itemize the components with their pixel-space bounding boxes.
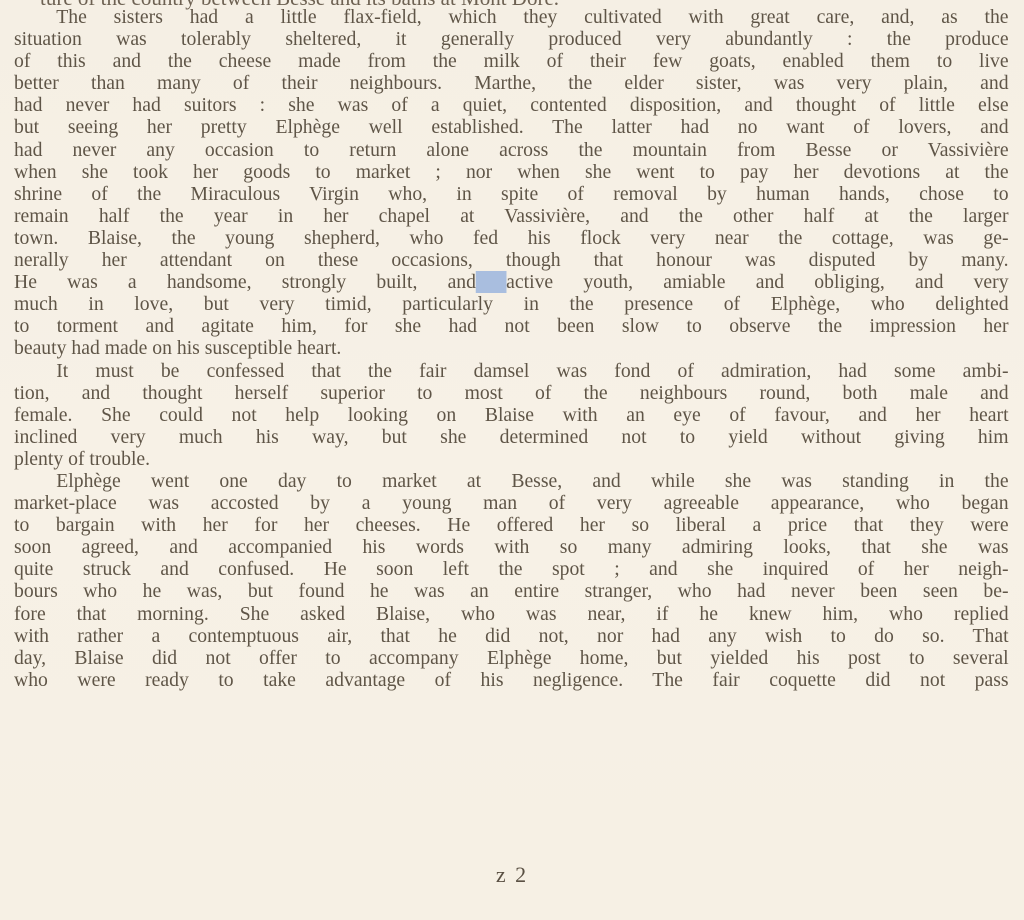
text-line: beauty had made on his susceptible heart… [14,337,1009,359]
text-line: of this and the cheese made from the mil… [14,50,1009,72]
text-line: with rather a contemptuous air, that he … [14,625,1009,647]
text-line: but seeing her pretty Elphège well estab… [14,116,1009,138]
text-line: plenty of trouble. [14,448,1009,470]
text-line: market-place was accosted by a young man… [14,492,1009,514]
text-line: better than many of their neighbours. Ma… [14,72,1009,94]
text-line: shrine of the Miraculous Virgin who, in … [14,183,1009,205]
book-page: ture of the country between Besse and it… [0,0,1024,920]
text-line: to torment and agitate him, for she had … [14,315,1009,337]
text-line: fore that morning. She asked Blaise, who… [14,603,1009,625]
text-segment: active youth, amiable and obliging, and … [506,271,1008,293]
text-line: It must be confessed that the fair damse… [14,360,1009,382]
text-line: bours who he was, but found he was an en… [14,580,1009,602]
text-line: day, Blaise did not offer to accompany E… [14,647,1009,669]
body-text: The sisters had a little flax-field, whi… [14,6,1010,691]
signature-mark: z 2 [0,862,1024,888]
text-line: Elphège went one day to market at Besse,… [14,470,1009,492]
text-line: female. She could not help looking on Bl… [14,404,1009,426]
text-line: situation was tolerably sheltered, it ge… [14,28,1009,50]
text-line: had never had suitors : she was of a qui… [14,94,1009,116]
text-line: to bargain with her for her cheeses. He … [14,514,1009,536]
text-segment: He was a handsome, strongly built, and [14,271,476,293]
text-line-with-selection[interactable]: He was a handsome, strongly built, and a… [14,271,1009,293]
text-line: tion, and thought herself superior to mo… [14,382,1009,404]
text-line: nerally her attendant on these occasions… [14,249,1009,271]
text-line: had never any occasion to return alone a… [14,139,1009,161]
text-line: who were ready to take advantage of his … [14,669,1009,691]
text-line: town. Blaise, the young shepherd, who fe… [14,227,1009,249]
text-line: much in love, but very timid, particular… [14,293,1009,315]
text-line: when she took her goods to market ; nor … [14,161,1009,183]
text-line: inclined very much his way, but she dete… [14,426,1009,448]
text-line: quite struck and confused. He soon left … [14,558,1009,580]
text-selection-highlight[interactable] [476,271,506,293]
text-line: remain half the year in her chapel at Va… [14,205,1009,227]
text-line: The sisters had a little flax-field, whi… [14,6,1009,28]
text-line: soon agreed, and accompanied his words w… [14,536,1009,558]
